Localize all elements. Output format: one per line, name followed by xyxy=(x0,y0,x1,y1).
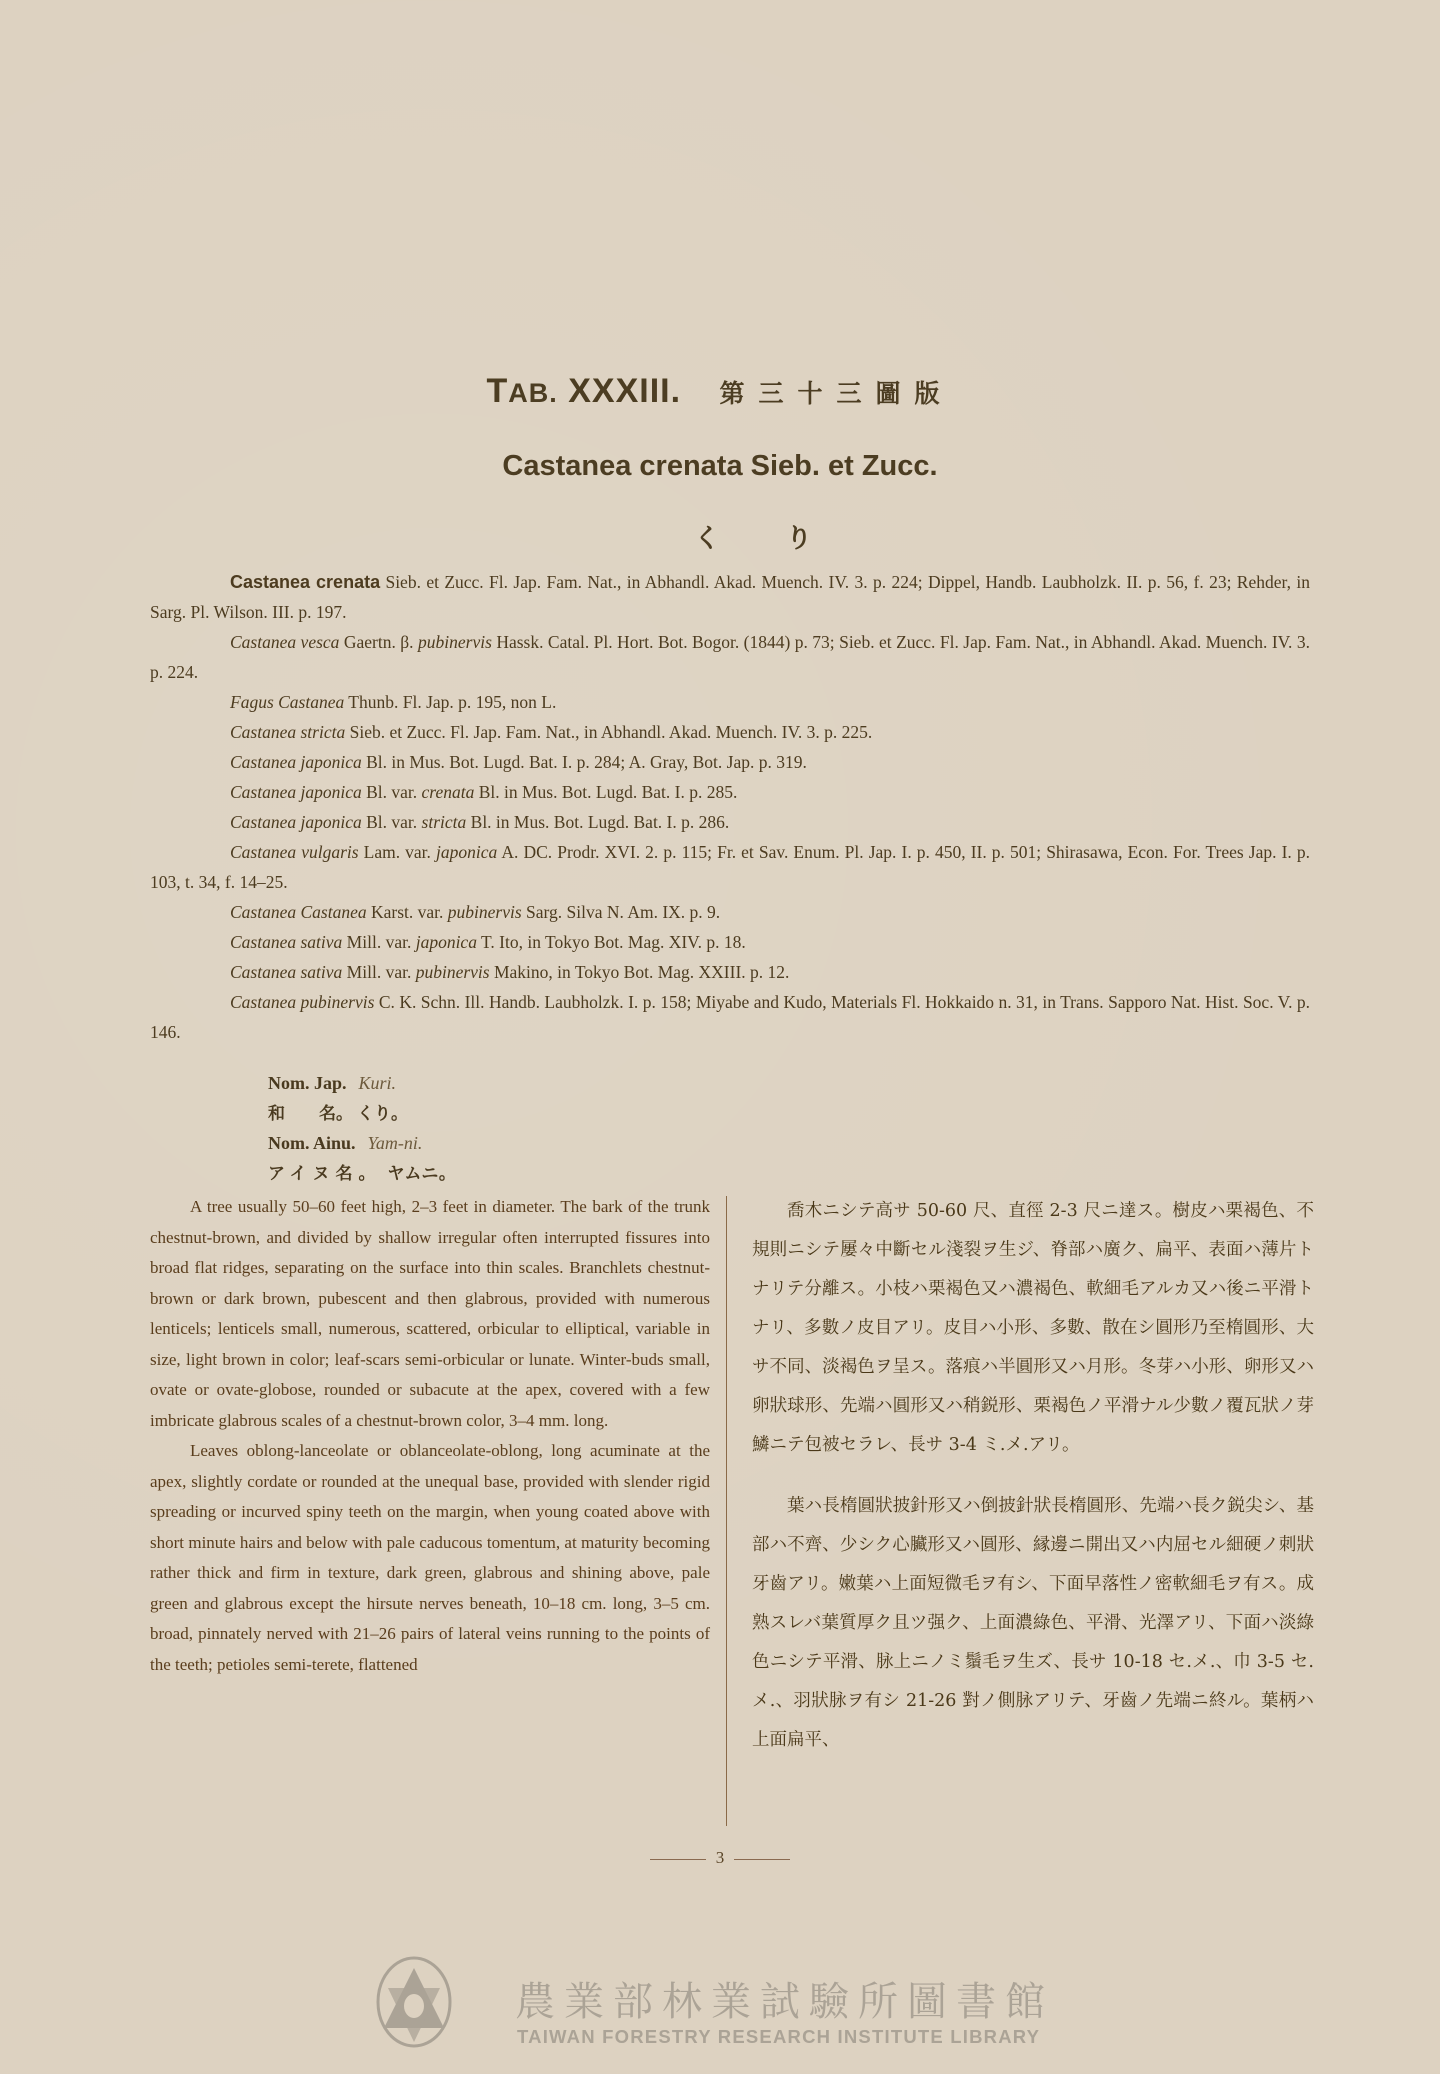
synonym-entry: Castanea vulgaris Lam. var. japonica A. … xyxy=(150,837,1310,897)
column-divider xyxy=(726,1196,727,1826)
synonym-entry: Castanea stricta Sieb. et Zucc. Fl. Jap.… xyxy=(150,717,1310,747)
synonym-entry: Castanea vesca Gaertn. β. pubinervis Has… xyxy=(150,627,1310,687)
species-kana: くり xyxy=(0,518,1440,555)
description-paragraph: Leaves oblong-lanceolate or oblanceolate… xyxy=(150,1436,710,1680)
synonym-entry: Castanea japonica Bl. in Mus. Bot. Lugd.… xyxy=(150,747,1310,777)
nom-jap-label: Nom. Jap. xyxy=(268,1068,347,1098)
synonym-entry: Castanea crenata Sieb. et Zucc. Fl. Jap.… xyxy=(150,567,1310,627)
plate-label: TAB. XXXIII. xyxy=(486,372,681,410)
plate-label-jp: 第三十三圖版 xyxy=(720,380,954,408)
page-number: 3 xyxy=(0,1848,1440,1868)
nom-ainu-value: Yam-ni. xyxy=(368,1133,423,1153)
description-english: A tree usually 50–60 feet high, 2–3 feet… xyxy=(150,1192,710,1680)
synonym-entry: Castanea sativa Mill. var. japonica T. I… xyxy=(150,927,1310,957)
library-name-chinese: 農業部林業試驗所圖書館 xyxy=(515,1970,1054,2027)
description-paragraph-jp: 葉ハ長楕圓狀披針形又ハ倒披針狀長楕圓形、先端ハ長ク鋭尖シ、基部ハ不齊、少シク心臟… xyxy=(752,1487,1314,1760)
wamei-value: くり。 xyxy=(357,1104,408,1124)
nom-jap-value: Kuri. xyxy=(359,1073,397,1093)
ainu-jp-value: ヤムニ。 xyxy=(387,1164,455,1184)
institute-logo-icon xyxy=(372,1950,456,2050)
synonym-entry: Castanea pubinervis C. K. Schn. Ill. Han… xyxy=(150,987,1310,1047)
wamei-label: 和 名。 xyxy=(268,1104,353,1124)
synonym-entry: Castanea Castanea Karst. var. pubinervis… xyxy=(150,897,1310,927)
plate-title: TAB. XXXIII. 第三十三圖版 xyxy=(0,372,1440,411)
rule-right xyxy=(734,1859,790,1860)
description-japanese: 喬木ニシテ高サ 50-60 尺、直徑 2-3 尺ニ達ス。樹皮ハ栗褐色、不規則ニシ… xyxy=(752,1192,1314,1760)
synonym-entry: Castanea japonica Bl. var. stricta Bl. i… xyxy=(150,807,1310,837)
description-paragraph: A tree usually 50–60 feet high, 2–3 feet… xyxy=(150,1192,710,1436)
synonymy-list: Castanea crenata Sieb. et Zucc. Fl. Jap.… xyxy=(150,567,1310,1047)
library-name-english: TAIWAN FORESTRY RESEARCH INSTITUTE LIBRA… xyxy=(517,2026,1040,2048)
vernacular-names: Nom. Jap.Kuri. 和 名。くり。 Nom. Ainu.Yam-ni.… xyxy=(268,1068,456,1188)
rule-left xyxy=(650,1859,706,1860)
nom-ainu-label: Nom. Ainu. xyxy=(268,1128,356,1158)
synonym-entry: Castanea sativa Mill. var. pubinervis Ma… xyxy=(150,957,1310,987)
synonym-entry: Fagus Castanea Thunb. Fl. Jap. p. 195, n… xyxy=(150,687,1310,717)
species-title: Castanea crenata Sieb. et Zucc. xyxy=(0,450,1440,483)
synonym-entry: Castanea japonica Bl. var. crenata Bl. i… xyxy=(150,777,1310,807)
description-paragraph-jp: 喬木ニシテ高サ 50-60 尺、直徑 2-3 尺ニ達ス。樹皮ハ栗褐色、不規則ニシ… xyxy=(752,1192,1314,1465)
ainu-jp-label: アイヌ名。 xyxy=(268,1164,381,1184)
